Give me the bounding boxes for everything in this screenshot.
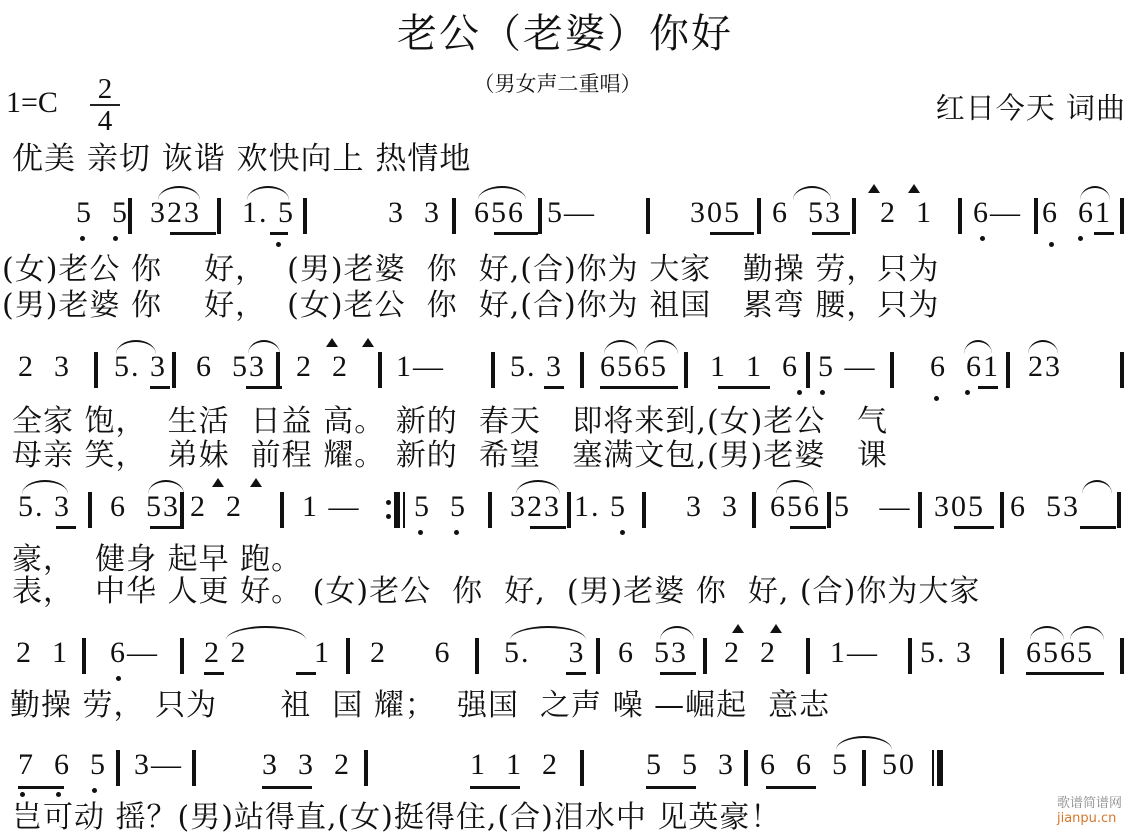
notes: 3 3	[388, 196, 441, 230]
accent-mark	[732, 624, 744, 633]
barline	[346, 638, 350, 674]
barline	[538, 198, 542, 234]
eighth-underline	[1080, 526, 1116, 529]
notes: 7 6 5	[18, 748, 107, 782]
notes: 6 6 5	[760, 748, 849, 782]
notes: 305	[690, 196, 741, 230]
notation-line-5: 7 6 5 3— 3 3 2 1 1 2 5 5 3 6 6 5 50	[0, 748, 1130, 792]
slur	[1082, 480, 1112, 494]
low-octave-dot	[620, 530, 625, 535]
barline	[862, 750, 866, 786]
notes: 656	[770, 490, 821, 524]
barline	[806, 352, 810, 388]
notes: 1. 5	[574, 490, 627, 524]
accent-mark	[212, 478, 224, 487]
slur	[1070, 626, 1104, 640]
final-barline-thin	[932, 750, 934, 786]
low-octave-dot	[80, 236, 85, 241]
slur	[644, 340, 678, 354]
repeat-end-barline-thin	[403, 492, 405, 528]
watermark-en: jianpu.cn	[1057, 811, 1116, 826]
notes: 2 1	[16, 636, 69, 670]
slur	[148, 480, 184, 494]
slur	[660, 626, 694, 640]
eighth-underline	[150, 526, 184, 529]
eighth-underline	[170, 232, 216, 235]
notes: 1 1 6	[710, 350, 799, 384]
notes: 6 53	[772, 196, 842, 230]
eighth-underline	[954, 526, 994, 529]
notation-line-3: 5. 3 6 53 2 2 1 — 5 5 323 1. 5 3 3 656 5…	[0, 490, 1130, 534]
barline	[580, 750, 584, 786]
eighth-underline	[296, 672, 316, 675]
barline	[276, 352, 280, 388]
slur	[1028, 340, 1058, 354]
eighth-underline	[1094, 232, 1114, 235]
notes: 2 1	[880, 196, 933, 230]
eighth-underline	[56, 526, 76, 529]
notes: 1—	[396, 350, 445, 384]
barline	[172, 352, 176, 388]
low-octave-dot	[820, 390, 825, 395]
eighth-underline	[18, 786, 64, 789]
notes: 2 6	[370, 636, 452, 670]
eighth-underline	[766, 786, 816, 789]
time-signature: 2 4	[90, 76, 120, 134]
barline	[217, 198, 221, 234]
notes: 6 53	[618, 636, 688, 670]
tie	[836, 736, 892, 750]
barline	[180, 492, 184, 528]
slur	[478, 186, 526, 200]
accent-mark	[770, 624, 782, 633]
composer-credit: 红日今天 词曲	[936, 86, 1126, 127]
barline	[488, 492, 492, 528]
notation-line-2: 2 3 5. 3 6 53 2 2 1— 5. 3 6565 1 1 6 5 —…	[0, 350, 1130, 394]
barline	[491, 352, 495, 388]
eighth-underline	[494, 232, 538, 235]
eighth-underline	[470, 786, 520, 789]
barline	[890, 352, 894, 388]
repeat-dot	[386, 514, 391, 519]
slur	[1030, 626, 1064, 640]
notes: 3 3 2	[262, 748, 351, 782]
slur	[776, 480, 814, 494]
barline	[703, 638, 707, 674]
barline	[1117, 492, 1121, 528]
eighth-underline	[718, 386, 770, 389]
barline	[567, 492, 571, 528]
notes: 5. 3	[920, 636, 973, 670]
lyric-line: 勤操 劳， 只为 祖 国 耀； 强国 之声 噪 —崛起 意志	[10, 680, 830, 724]
notes: 656	[474, 196, 525, 230]
notes: 6—	[110, 636, 159, 670]
barline	[452, 198, 456, 234]
eighth-underline	[978, 386, 998, 389]
eighth-underline	[812, 232, 850, 235]
slur	[604, 340, 638, 354]
lyric-line-verse2: 母亲 笑， 弟妹 前程 耀。 新的 希望 塞满文包,(男)老婆 课	[12, 430, 888, 474]
notes: 2 2	[190, 490, 243, 524]
accent-mark	[326, 338, 338, 347]
notes: 2 3	[18, 350, 71, 384]
low-octave-dot	[454, 530, 459, 535]
final-barline-thick	[937, 750, 943, 786]
notes: 3—	[134, 748, 183, 782]
low-octave-dot	[113, 236, 118, 241]
accent-mark	[250, 478, 262, 487]
slur	[793, 186, 831, 200]
barline	[646, 198, 650, 234]
barline	[128, 198, 132, 234]
barline	[192, 750, 196, 786]
barline	[958, 198, 962, 234]
barline	[280, 492, 284, 528]
notes: 5. 3	[510, 350, 563, 384]
barline	[116, 750, 120, 786]
slur	[510, 626, 586, 640]
notes: 6 61	[1042, 196, 1112, 230]
eighth-underline	[660, 672, 696, 675]
notes: 6 61	[930, 350, 1000, 384]
low-octave-dot	[1078, 236, 1083, 241]
eighth-underline	[246, 386, 282, 389]
repeat-end-barline	[394, 492, 400, 528]
notes: 6565	[1026, 636, 1094, 670]
notes: 5—	[547, 196, 596, 230]
key-signature: 1=C	[6, 86, 58, 120]
barline	[580, 352, 584, 388]
notes: 323	[150, 196, 201, 230]
barline	[908, 638, 912, 674]
eighth-underline	[262, 786, 312, 789]
barline	[827, 492, 831, 528]
eighth-underline	[544, 386, 564, 389]
barline	[918, 492, 922, 528]
barline	[684, 352, 688, 388]
lyric-line: 岂可动 摇？(男)站得直,(女)挺得住,(合)泪水中 见英豪！	[12, 792, 781, 832]
notes: 5 5 3	[646, 748, 735, 782]
slur	[158, 186, 200, 200]
low-octave-dot	[934, 396, 939, 401]
barline	[82, 638, 86, 674]
barline	[475, 638, 479, 674]
accent-mark	[908, 184, 920, 193]
slur	[22, 480, 68, 494]
low-octave-dot	[1049, 242, 1054, 247]
eighth-underline	[530, 526, 566, 529]
notes: 2 2	[724, 636, 777, 670]
notation-line-4: 2 1 6— 2 2 1 2 6 5. 3 6 53 2 2 1— 5. 3 6…	[0, 636, 1130, 680]
notes: 5 —	[818, 350, 877, 384]
eighth-underline	[710, 232, 754, 235]
notes: 6—	[973, 196, 1022, 230]
eighth-underline	[790, 526, 826, 529]
eighth-underline	[150, 386, 170, 389]
notes: 1. 5	[242, 196, 295, 230]
notes: 305	[934, 490, 985, 524]
barline	[1120, 352, 1124, 388]
barline	[303, 198, 307, 234]
barline	[94, 352, 98, 388]
notes: 6 53	[110, 490, 180, 524]
slur	[116, 340, 156, 354]
notes: 5. 3	[18, 490, 71, 524]
low-octave-dot	[797, 390, 802, 395]
accent-mark	[868, 184, 880, 193]
notation-line-1: 5 5 323 1. 5 3 3 656 5— 305 6 53 2 1 6— …	[0, 196, 1130, 240]
notes: 6 53	[196, 350, 266, 384]
notes: 5 —	[834, 490, 912, 524]
song-title: 老公（老婆）你好	[0, 2, 1130, 59]
eighth-underline	[600, 386, 678, 389]
notes: 5 5	[76, 196, 129, 230]
watermark-cn: 歌谱简谱网	[1057, 796, 1122, 811]
slur	[248, 340, 280, 354]
barline	[1000, 492, 1004, 528]
low-octave-dot	[980, 236, 985, 241]
lyric-line-verse2: 表， 中华 人更 好。 (女)老公 你 好, (男)老婆 你 好, (合)你为大…	[12, 566, 980, 610]
notes: 2 2	[296, 350, 349, 384]
barline	[364, 750, 368, 786]
barline	[1006, 352, 1010, 388]
notes: 23	[1028, 350, 1062, 384]
barline	[596, 638, 600, 674]
barline	[757, 198, 761, 234]
slur	[247, 186, 289, 200]
barline	[378, 352, 382, 388]
accent-mark	[362, 338, 374, 347]
notes: 6 53	[1010, 490, 1080, 524]
eighth-underline	[566, 672, 586, 675]
barline	[1034, 198, 1038, 234]
notes: 5. 3	[504, 636, 586, 670]
barline	[752, 492, 756, 528]
notes: 50	[882, 748, 916, 782]
notes: 5 5	[414, 490, 467, 524]
repeat-dot	[386, 500, 391, 505]
notes: 6565	[600, 350, 668, 384]
time-signature-denominator: 4	[90, 106, 120, 134]
eighth-underline	[646, 786, 696, 789]
eighth-underline	[1026, 672, 1104, 675]
barline	[1120, 638, 1124, 674]
barline	[1120, 198, 1124, 234]
tempo-marking: 优美 亲切 诙谐 欢快向上 热情地	[12, 133, 471, 178]
watermark: 歌谱简谱网 jianpu.cn	[1049, 777, 1122, 826]
notes: 3 3	[686, 490, 739, 524]
notes: 2 2 1	[204, 636, 331, 670]
low-octave-dot	[965, 390, 970, 395]
notes: 1 1 2	[470, 748, 559, 782]
barline	[806, 638, 810, 674]
notes: 1 —	[302, 490, 361, 524]
barline	[642, 492, 646, 528]
notes: 5. 3	[114, 350, 167, 384]
low-octave-dot	[418, 530, 423, 535]
lyric-line-verse2: (男)老婆 你 好， (女)老公 你 好,(合)你为 祖国 累弯 腰，只为	[2, 280, 939, 324]
barline	[744, 750, 748, 786]
eighth-underline	[270, 232, 288, 235]
slur	[964, 340, 992, 354]
notes: 323	[510, 490, 561, 524]
slur	[1080, 186, 1110, 200]
notes: 1—	[830, 636, 879, 670]
slur	[516, 480, 560, 494]
barline	[852, 198, 856, 234]
barline	[88, 492, 92, 528]
barline	[180, 638, 184, 674]
eighth-underline	[204, 672, 224, 675]
tie	[226, 626, 306, 640]
time-signature-numerator: 2	[90, 76, 120, 106]
barline	[1000, 638, 1004, 674]
